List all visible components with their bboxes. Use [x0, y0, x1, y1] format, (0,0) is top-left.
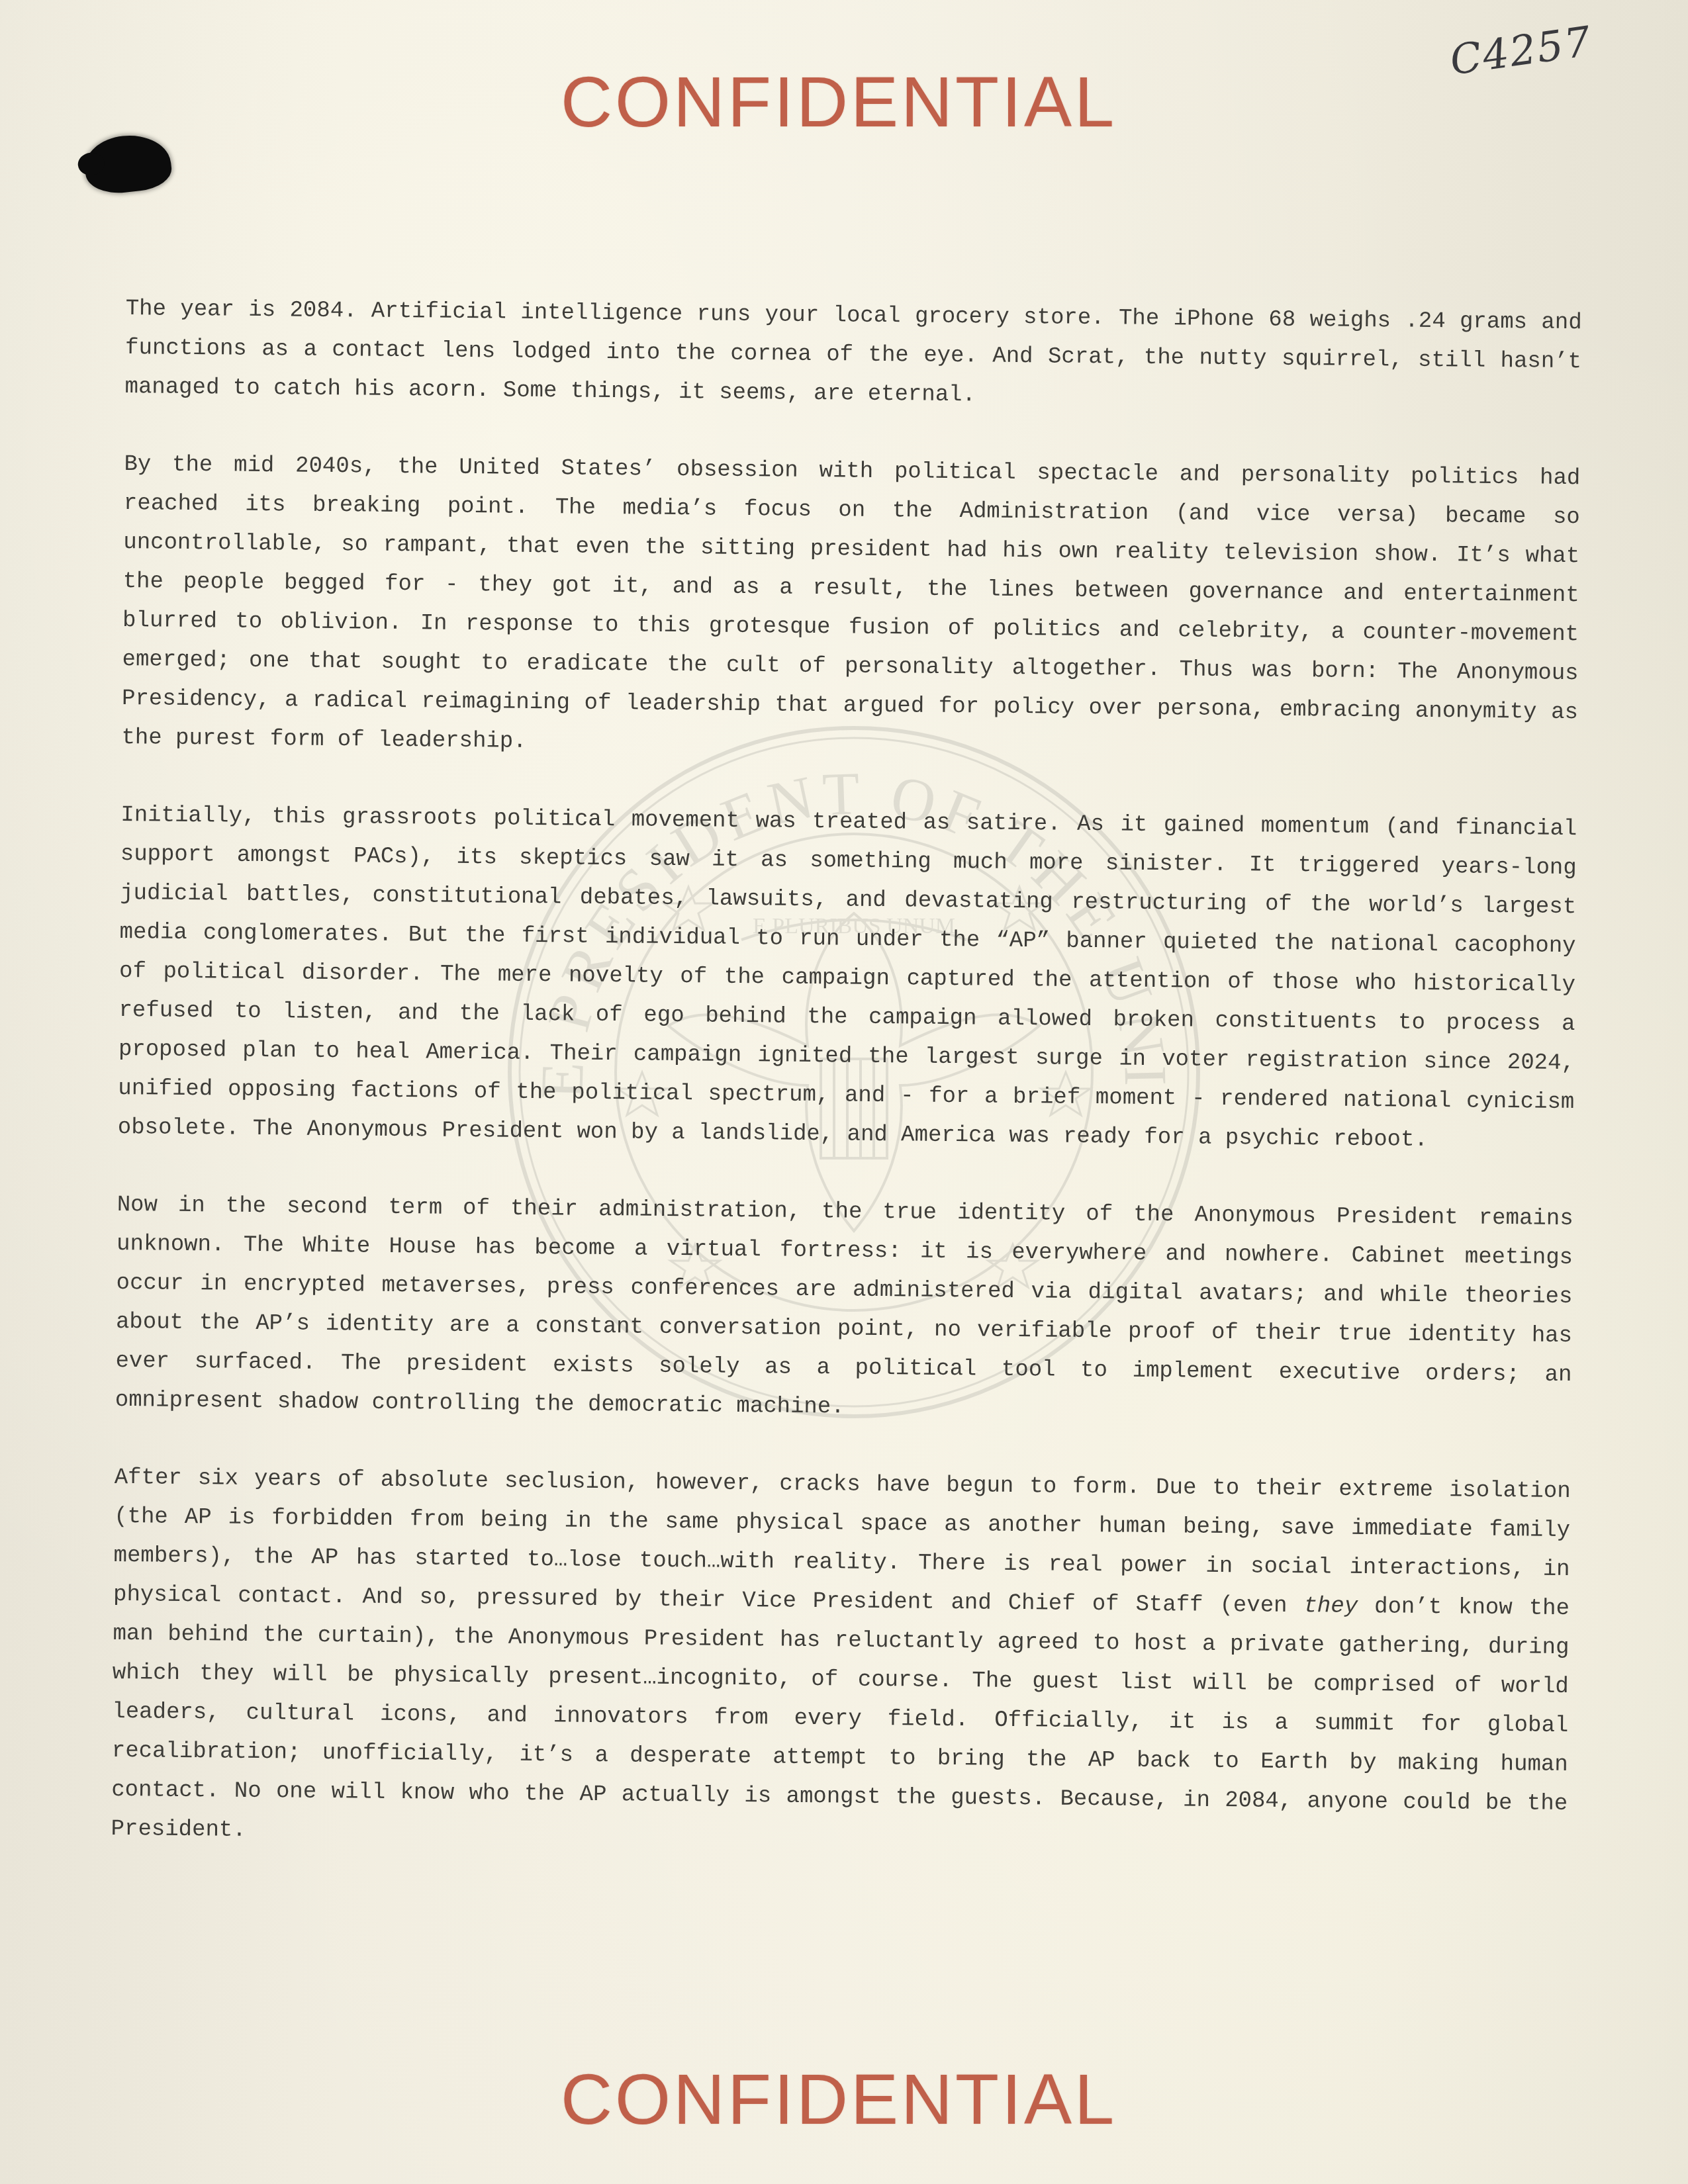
paragraph-second-term: Now in the second term of their administ… [115, 1186, 1573, 1434]
paragraph-intro: The year is 2084. Artificial intelligenc… [124, 290, 1582, 421]
confidential-stamp-top: CONFIDENTIAL [0, 66, 1683, 138]
paragraph-gathering-part-2: don’t know the man behind the curtain), … [111, 1594, 1570, 1843]
paragraph-movement: Initially, this grassroots political mov… [118, 796, 1577, 1161]
paragraph-background: By the mid 2040s, the United States’ obs… [121, 445, 1580, 772]
document-body: The year is 2084. Artificial intelligenc… [111, 290, 1582, 1901]
ink-blot [82, 131, 173, 196]
paragraph-gathering: After six years of absolute seclusion, h… [111, 1459, 1571, 1863]
paragraph-gathering-italic: they [1303, 1594, 1358, 1619]
confidential-stamp-bottom: CONFIDENTIAL [0, 2064, 1683, 2135]
